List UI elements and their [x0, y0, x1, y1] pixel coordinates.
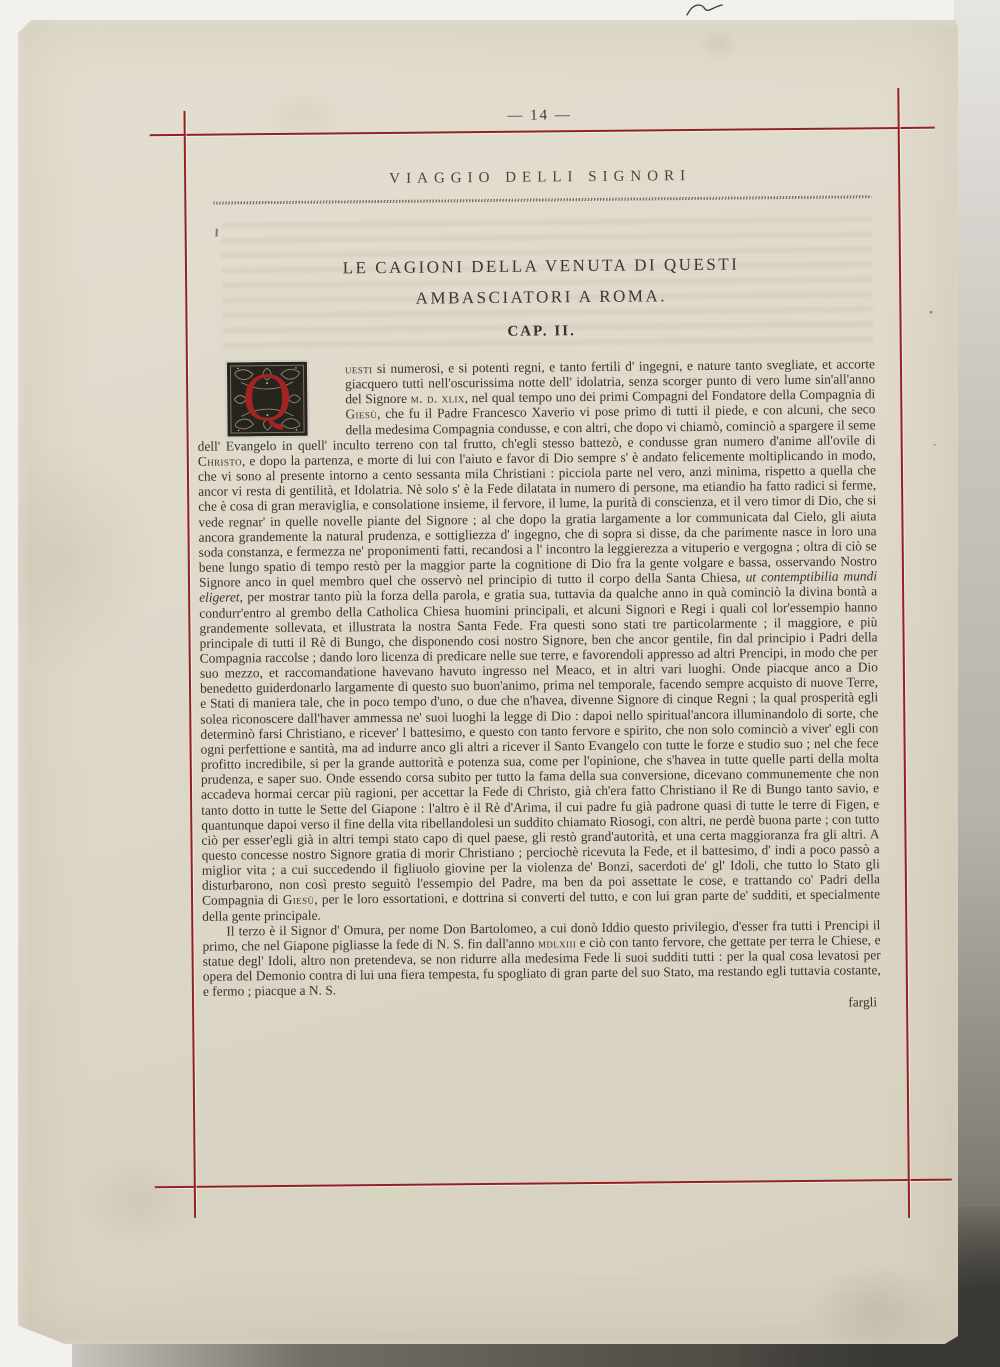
header-rule: [213, 195, 871, 204]
body-text: Q uesti si numerosi, e si potenti regni,…: [197, 356, 881, 1015]
book-page: — 14 — VIAGGIO DELLI SIGNORI LE CAGIONI …: [18, 20, 958, 1344]
background-right-edge: [954, 0, 1000, 1367]
page-content: — 14 — VIAGGIO DELLI SIGNORI LE CAGIONI …: [12, 16, 965, 1349]
paragraph-1: Q uesti si numerosi, e si potenti regni,…: [197, 356, 880, 923]
frame-line-bottom: [155, 1179, 952, 1188]
page-number: — 14 —: [145, 104, 935, 129]
running-header: VIAGGIO DELLI SIGNORI: [145, 166, 935, 191]
drop-cap-ornament: Q: [197, 359, 346, 436]
frame-line-top: [150, 127, 935, 136]
margin-tick-mark: [215, 229, 217, 237]
paper-speck: [934, 444, 936, 446]
paper-speck: [929, 311, 932, 314]
drop-cap-block: Q: [225, 360, 310, 439]
paragraph-2: Il terzo è il Signor d' Omura, per nome …: [202, 917, 881, 999]
paragraph-1-text: uesti si numerosi, e si potenti regni, e…: [198, 356, 880, 923]
ink-squiggle: [684, 0, 728, 20]
drop-cap-letter: Q: [241, 362, 293, 435]
paragraph-2-text: Il terzo è il Signor d' Omura, per nome …: [202, 917, 880, 999]
